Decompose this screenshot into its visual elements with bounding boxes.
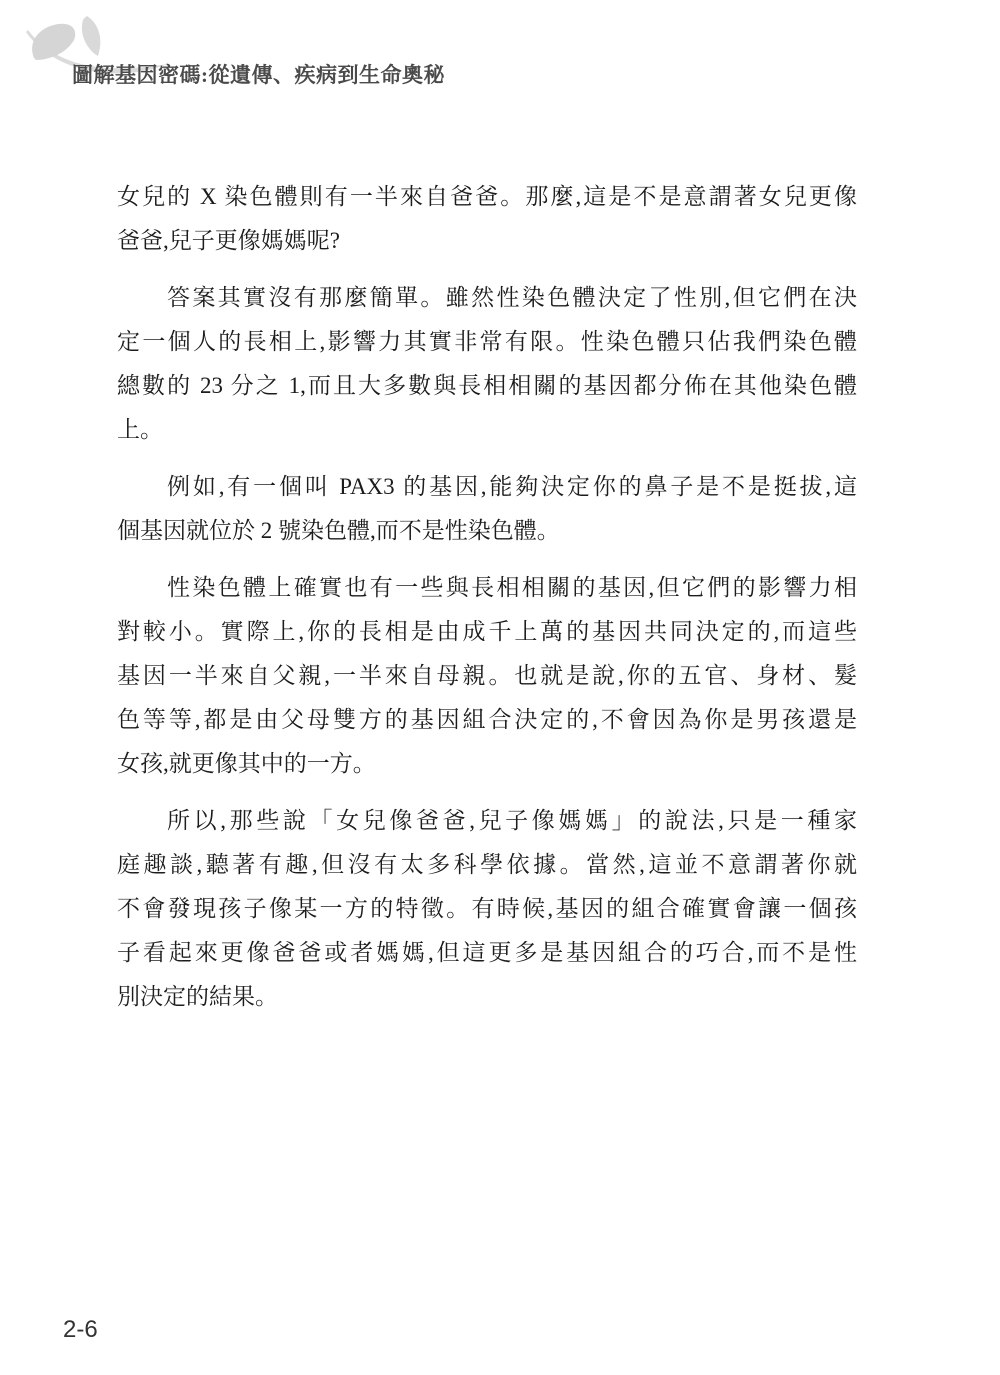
text-line: 色等等,都是由父母雙方的基因組合決定的,不會因為你是男孩還是 <box>117 698 857 742</box>
text-line: 所以,那些說「女兒像爸爸,兒子像媽媽」的說法,只是一種家 <box>117 799 857 843</box>
text-line: 庭趣談,聽著有趣,但沒有太多科學依據。當然,這並不意謂著你就 <box>117 843 857 887</box>
text-line: 上。 <box>117 408 857 452</box>
paragraph: 女兒的 X 染色體則有一半來自爸爸。那麼,這是不是意謂著女兒更像爸爸,兒子更像媽… <box>117 175 857 263</box>
body-text: 女兒的 X 染色體則有一半來自爸爸。那麼,這是不是意謂著女兒更像爸爸,兒子更像媽… <box>117 175 857 1019</box>
paragraph: 性染色體上確實也有一些與長相相關的基因,但它們的影響力相對較小。實際上,你的長相… <box>117 566 857 786</box>
text-line: 總數的 23 分之 1,而且大多數與長相相關的基因都分佈在其他染色體 <box>117 364 857 408</box>
page-number: 2-6 <box>63 1316 98 1344</box>
text-line: 女兒的 X 染色體則有一半來自爸爸。那麼,這是不是意謂著女兒更像 <box>117 175 857 219</box>
book-page: 圖解基因密碼:從遺傳、疾病到生命奧秘 女兒的 X 染色體則有一半來自爸爸。那麼,… <box>0 0 1000 1375</box>
paragraph: 答案其實沒有那麼簡單。雖然性染色體決定了性別,但它們在決定一個人的長相上,影響力… <box>117 276 857 452</box>
text-line: 不會發現孩子像某一方的特徵。有時候,基因的組合確實會讓一個孩 <box>117 887 857 931</box>
text-line: 基因一半來自父親,一半來自母親。也就是說,你的五官、身材、髮 <box>117 654 857 698</box>
text-line: 爸爸,兒子更像媽媽呢? <box>117 219 857 263</box>
text-line: 別決定的結果。 <box>117 975 857 1019</box>
text-line: 對較小。實際上,你的長相是由成千上萬的基因共同決定的,而這些 <box>117 610 857 654</box>
leaf-watermark-icon <box>8 4 188 104</box>
page-title: 圖解基因密碼:從遺傳、疾病到生命奧秘 <box>72 59 445 89</box>
text-line: 子看起來更像爸爸或者媽媽,但這更多是基因組合的巧合,而不是性 <box>117 931 857 975</box>
text-line: 性染色體上確實也有一些與長相相關的基因,但它們的影響力相 <box>117 566 857 610</box>
text-line: 個基因就位於 2 號染色體,而不是性染色體。 <box>117 509 857 553</box>
text-line: 答案其實沒有那麼簡單。雖然性染色體決定了性別,但它們在決 <box>117 276 857 320</box>
paragraph: 所以,那些說「女兒像爸爸,兒子像媽媽」的說法,只是一種家庭趣談,聽著有趣,但沒有… <box>117 799 857 1019</box>
paragraph: 例如,有一個叫 PAX3 的基因,能夠決定你的鼻子是不是挺拔,這個基因就位於 2… <box>117 465 857 553</box>
text-line: 例如,有一個叫 PAX3 的基因,能夠決定你的鼻子是不是挺拔,這 <box>117 465 857 509</box>
text-line: 女孩,就更像其中的一方。 <box>117 742 857 786</box>
text-line: 定一個人的長相上,影響力其實非常有限。性染色體只佔我們染色體 <box>117 320 857 364</box>
